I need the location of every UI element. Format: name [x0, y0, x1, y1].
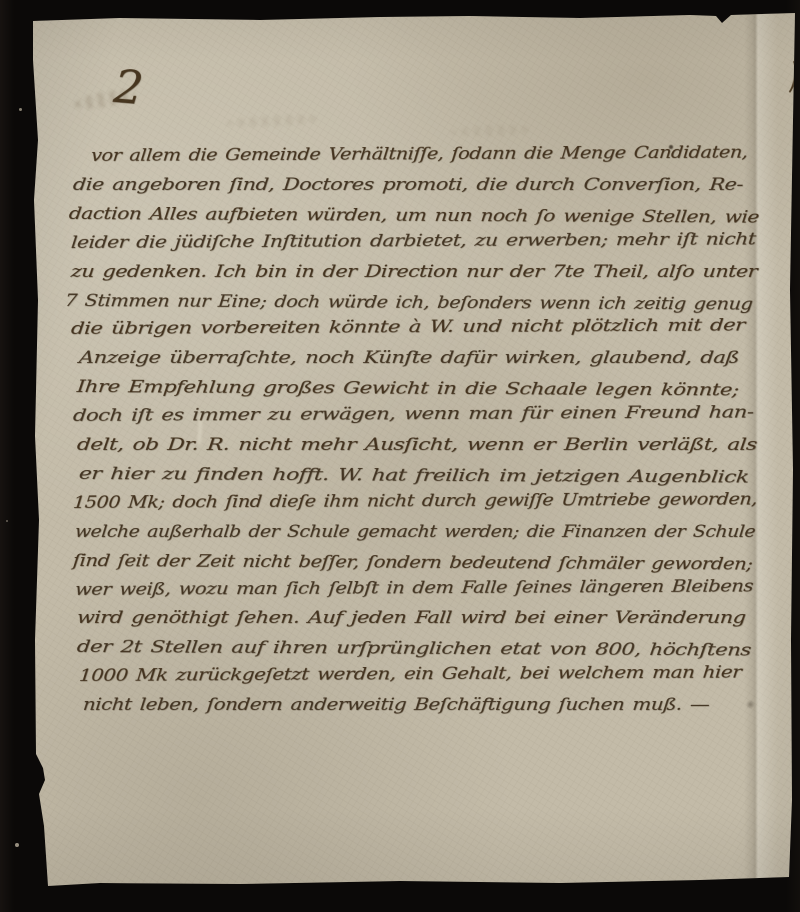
- dust-speck: [15, 843, 19, 847]
- ink-stroke-fragment: [776, 55, 798, 97]
- handwriting-line: vor allem die Gemeinde Verhältniſſe, ſod…: [90, 141, 748, 168]
- handwriting-line: der 2t Stellen auf ihren urſprünglichen …: [76, 635, 752, 663]
- handwriting-line: Anzeige überraſchte, noch Künſte dafür w…: [78, 346, 740, 370]
- ink-bleedthrough-smudge: [226, 113, 322, 128]
- handwriting-line: wer weiß, wozu man ſich ſelbſt in dem Fa…: [74, 574, 754, 602]
- scan-background: 2 vor allem die Gemeinde Verhältniſſe, ſ…: [0, 0, 800, 912]
- dust-speck: [19, 108, 22, 111]
- handwriting-line: doch iſt es immer zu erwägen, wenn man f…: [72, 401, 754, 429]
- handwriting-line: delt, ob Dr. R. nicht mehr Ausſicht, wen…: [76, 433, 758, 457]
- handwriting-line: nicht leben, ſondern anderweitig Beſchäf…: [82, 693, 711, 717]
- manuscript-page: 2 vor allem die Gemeinde Verhältniſſe, ſ…: [30, 8, 798, 888]
- ink-bleedthrough-smudge: [450, 125, 534, 138]
- handwriting-line: 7 Stimmen nur Eine; doch würde ich, beſo…: [64, 289, 754, 317]
- handwriting-line: zu gedenken. Ich bin in der Direction nu…: [70, 260, 758, 284]
- handwriting-line: ſind ſeit der Zeit nicht beſſer, ſondern…: [72, 549, 754, 577]
- ink-stroke-fragment: [779, 155, 799, 200]
- paper-spot: [746, 700, 755, 709]
- handwriting-line: welche außerhalb der Schule gemacht werd…: [74, 520, 756, 544]
- dust-speck: [6, 520, 8, 522]
- handwriting-line: 1500 Mk; doch ſind dieſe ihm nicht durch…: [72, 487, 758, 515]
- handwriting-line: die übrigen vorbereiten könnte à W. und …: [70, 314, 746, 342]
- handwriting-line: leider die jüdiſche Inſtitution darbiete…: [70, 227, 757, 255]
- handwriting-line: daction Alles aufbieten würden, um nun n…: [68, 202, 760, 230]
- handwriting-line: er hier zu finden hofft. W. hat freilich…: [78, 462, 750, 489]
- handwriting-line: Ihre Empfehlung großes Gewicht in die Sc…: [76, 375, 740, 402]
- handwriting-line: 1000 Mk zurückgeſetzt werden, ein Gehalt…: [78, 661, 742, 688]
- handwriting-line: wird genöthigt ſehen. Auf jeden Fall wir…: [76, 606, 747, 630]
- handwriting-line: die angeboren ſind, Doctores promoti, di…: [72, 173, 744, 197]
